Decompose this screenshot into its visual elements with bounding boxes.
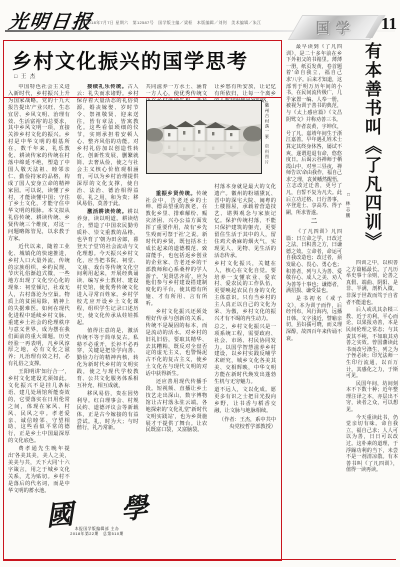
body-paragraph: 激活耕读传统。耕以养身，读以明道。耕读结合，塑造了中国农民勤劳质朴、崇文重教的品… <box>77 209 139 326</box>
village-photo <box>146 100 262 174</box>
main-col-3-paragraphs: 重振乡贤传统。传统社会中，告老还乡的士绅、德高望重的族老，在教化乡里、排难解纷、… <box>146 191 208 435</box>
side-col-a2-paragraphs: 《了凡四训》凡四篇：曰立命之学，曰改过之法，曰积善之方，曰谦德之效。立命者，命运… <box>286 229 342 342</box>
guoxue-logo: 國 學 本报国学版编辑部 主办 2018年第22期 总第510期 <box>36 497 158 557</box>
body-paragraph: 近代以来，随着工业化、城镇化的快速推进，乡村人口大量外流，传统的宗族组织、乡约民… <box>8 244 70 368</box>
body-paragraph: 费孝通先生晚年提出'各美其美，美人之美，美美与共，天下大同'十六字箴言，用之于城… <box>8 446 70 494</box>
body-paragraph: 四训之中，以积善之方篇幅最长。了凡历举史事十余则，论善之真假、端曲、阴阳、是非、… <box>346 260 398 306</box>
body-paragraph: 作者袁黄，字坤仪，号了凡，嘉靖年间生于浙江嘉善。早年遇孔姓术士算定其终身休咎，屡… <box>286 124 342 216</box>
body-paragraph: 还应善用现代传播手段。短视频、直播让乡土技艺走出深山，数字博物馆让古村落永驻云端… <box>146 379 208 434</box>
body-paragraph: 《了凡四训》凡四篇：曰立命之学，曰改过之法，曰积善之方，曰谦德之效。立命者，命运… <box>286 229 342 295</box>
body-paragraph: 道不远人，文以化成。愿更多有识之士把目光投向乡野，让书香与稻香交融，让文脉与地脉… <box>214 387 276 415</box>
body-paragraph: 是书初名《戒子文》，本为训子而作，后经刊布，风行海内，远播日韩。文字浅近，譬喻亲… <box>286 296 342 342</box>
body-paragraph: 王阳明讲'知行合一'，乡村文化建设尤须如此。文化振兴不是挂几条标语、建几处场馆所… <box>8 369 70 445</box>
body-paragraph: 中国特色社会主义进入新时代，乡村振兴上升为国家战略。党的十九大报告提出'产业兴旺… <box>8 84 70 243</box>
body-paragraph: 民国年间，坊间刻本不下数十种；近年整理注译之本，亦层出不穷，读者之众，可以想见。 <box>346 381 398 414</box>
body-paragraph: 后人或讥其杂糅三教、近于功利。平心而论，以果报劝善，本是民间伦理之常态；与其责其… <box>346 307 398 380</box>
body-paragraph: 乡村文化振兴，关键在人，核心在文化自觉。要培养一支懂农业、爱农村、爱农民的工作队… <box>214 261 276 323</box>
main-article-title: 乡村文化振兴的国学思考 <box>12 45 249 74</box>
main-col-2: 接续礼乐传统。古人云：礼失而求诸野。乡村保存着大量活态的礼俗资源，婚丧嫁娶、岁时… <box>77 84 139 496</box>
header-date-editors: 2018年7月7日 星期六 第12587号 国学版主编／梁枢 本版编辑／刘剑 美… <box>86 20 261 26</box>
section-banner-label: 国学 <box>316 18 356 38</box>
newspaper-page: 光明日报 2018年7月7日 星期六 第12587号 国学版主编／梁枢 本版编辑… <box>0 0 400 567</box>
side-col-a-paragraphs: 最早读到《了凡四训》，是二十多年前在乡下外祖父的书箱里。薄薄一册，纸页发黄，卷首… <box>286 44 342 216</box>
main-article-author: □ 王 杰 <box>14 72 36 80</box>
main-col-2-paragraphs: 接续礼乐传统。古人云：礼失而求诸野。乡村保存着大量活态的礼俗资源，婚丧嫁娶、岁时… <box>77 84 139 432</box>
body-paragraph: 总之，乡村文化振兴是一项系统工程，需要政府、社会、市场、村民协同发力。以国学智慧… <box>214 324 276 386</box>
highlight-bottom-rule <box>3 559 396 560</box>
main-col-1-paragraphs: 中国特色社会主义进入新时代，乡村振兴上升为国家战略。党的十九大报告提出'产业兴旺… <box>8 84 70 494</box>
side-article-title: 有本善书叫《了凡四训》 <box>359 42 384 264</box>
side-col-b: 四训之中，以积善之方篇幅最长。了凡历举史事十余则，论善之真假、端曲、阴阳、是非、… <box>346 260 398 556</box>
side-col-b-paragraphs: 四训之中，以积善之方篇幅最长。了凡历举史事十余则，论善之真假、端曲、阴阳、是非、… <box>346 260 398 474</box>
photo-caption: 徽州古村落一景 资料图片 <box>264 103 270 173</box>
body-paragraph: 乡村文化振兴还须处理好传承与创新的关系。传统不是凝固的标本，而是流动的活水。对乡… <box>146 309 208 378</box>
side-col-a: 最早读到《了凡四训》，是二十多年前在乡下外祖父的书箱里。薄薄一册，纸页发黄，卷首… <box>286 44 342 558</box>
page-number: 11 <box>381 14 397 34</box>
main-col-1: 中国特色社会主义进入新时代，乡村振兴上升为国家战略。党的十九大报告提出'产业兴旺… <box>8 84 70 496</box>
photo-caption-location: 徽州古村落一景 <box>264 103 270 139</box>
village-photo-graphic <box>147 101 261 173</box>
guoxue-logo-char-2: 學 <box>120 493 150 525</box>
author-affiliation-note: （作者：王杰，系中共中央党校哲学部教授） <box>214 417 276 431</box>
body-paragraph: 值得注意的是，激活传统不等于简单复古。私塾不必重开，长衫不必再穿，关键是把崇学向… <box>77 328 139 390</box>
main-col-4-paragraphs: 村落本身就是最大的文化遗产。徽州的粉墙黛瓦、晋中的深宅大院、闽粤的土楼围屋，承载… <box>214 184 276 415</box>
guoxue-logo-issue: 2018年第22期 总第510期 <box>36 532 158 537</box>
guoxue-logo-char-1: 國 <box>45 499 75 531</box>
side-article-author: □ 林志鹏 <box>345 192 351 254</box>
body-paragraph: 村落本身就是最大的文化遗产。徽州的粉墙黛瓦、晋中的深宅大院、闽粤的土楼围屋，承载… <box>214 184 276 260</box>
section-marker: 二 <box>286 219 342 226</box>
photo-caption-credit: 资料图片 <box>264 144 270 165</box>
body-paragraph: 重振乡贤传统。传统社会中，告老还乡的士绅、德高望重的族老，在教化乡里、排难解纷、… <box>146 191 208 308</box>
body-paragraph: 最早读到《了凡四训》，是二十多年前在乡下外祖父的书箱里。薄薄一册，纸页发黄，卷首… <box>286 44 342 123</box>
body-paragraph: 接续礼乐传统。古人云：礼失而求诸野。乡村保存着大量活态的礼俗资源，婚丧嫁娶、岁时… <box>77 84 139 208</box>
body-paragraph: 今天重读此书，仍觉亲切有味。命自我立，福自己求；人人可以为善，日日可以改过。这朴… <box>346 415 398 474</box>
body-paragraph: 移风易俗，贵在因势利导。红白理事会、村规民约、道德评议会等新载体，正是古今嫁接的… <box>77 391 139 432</box>
